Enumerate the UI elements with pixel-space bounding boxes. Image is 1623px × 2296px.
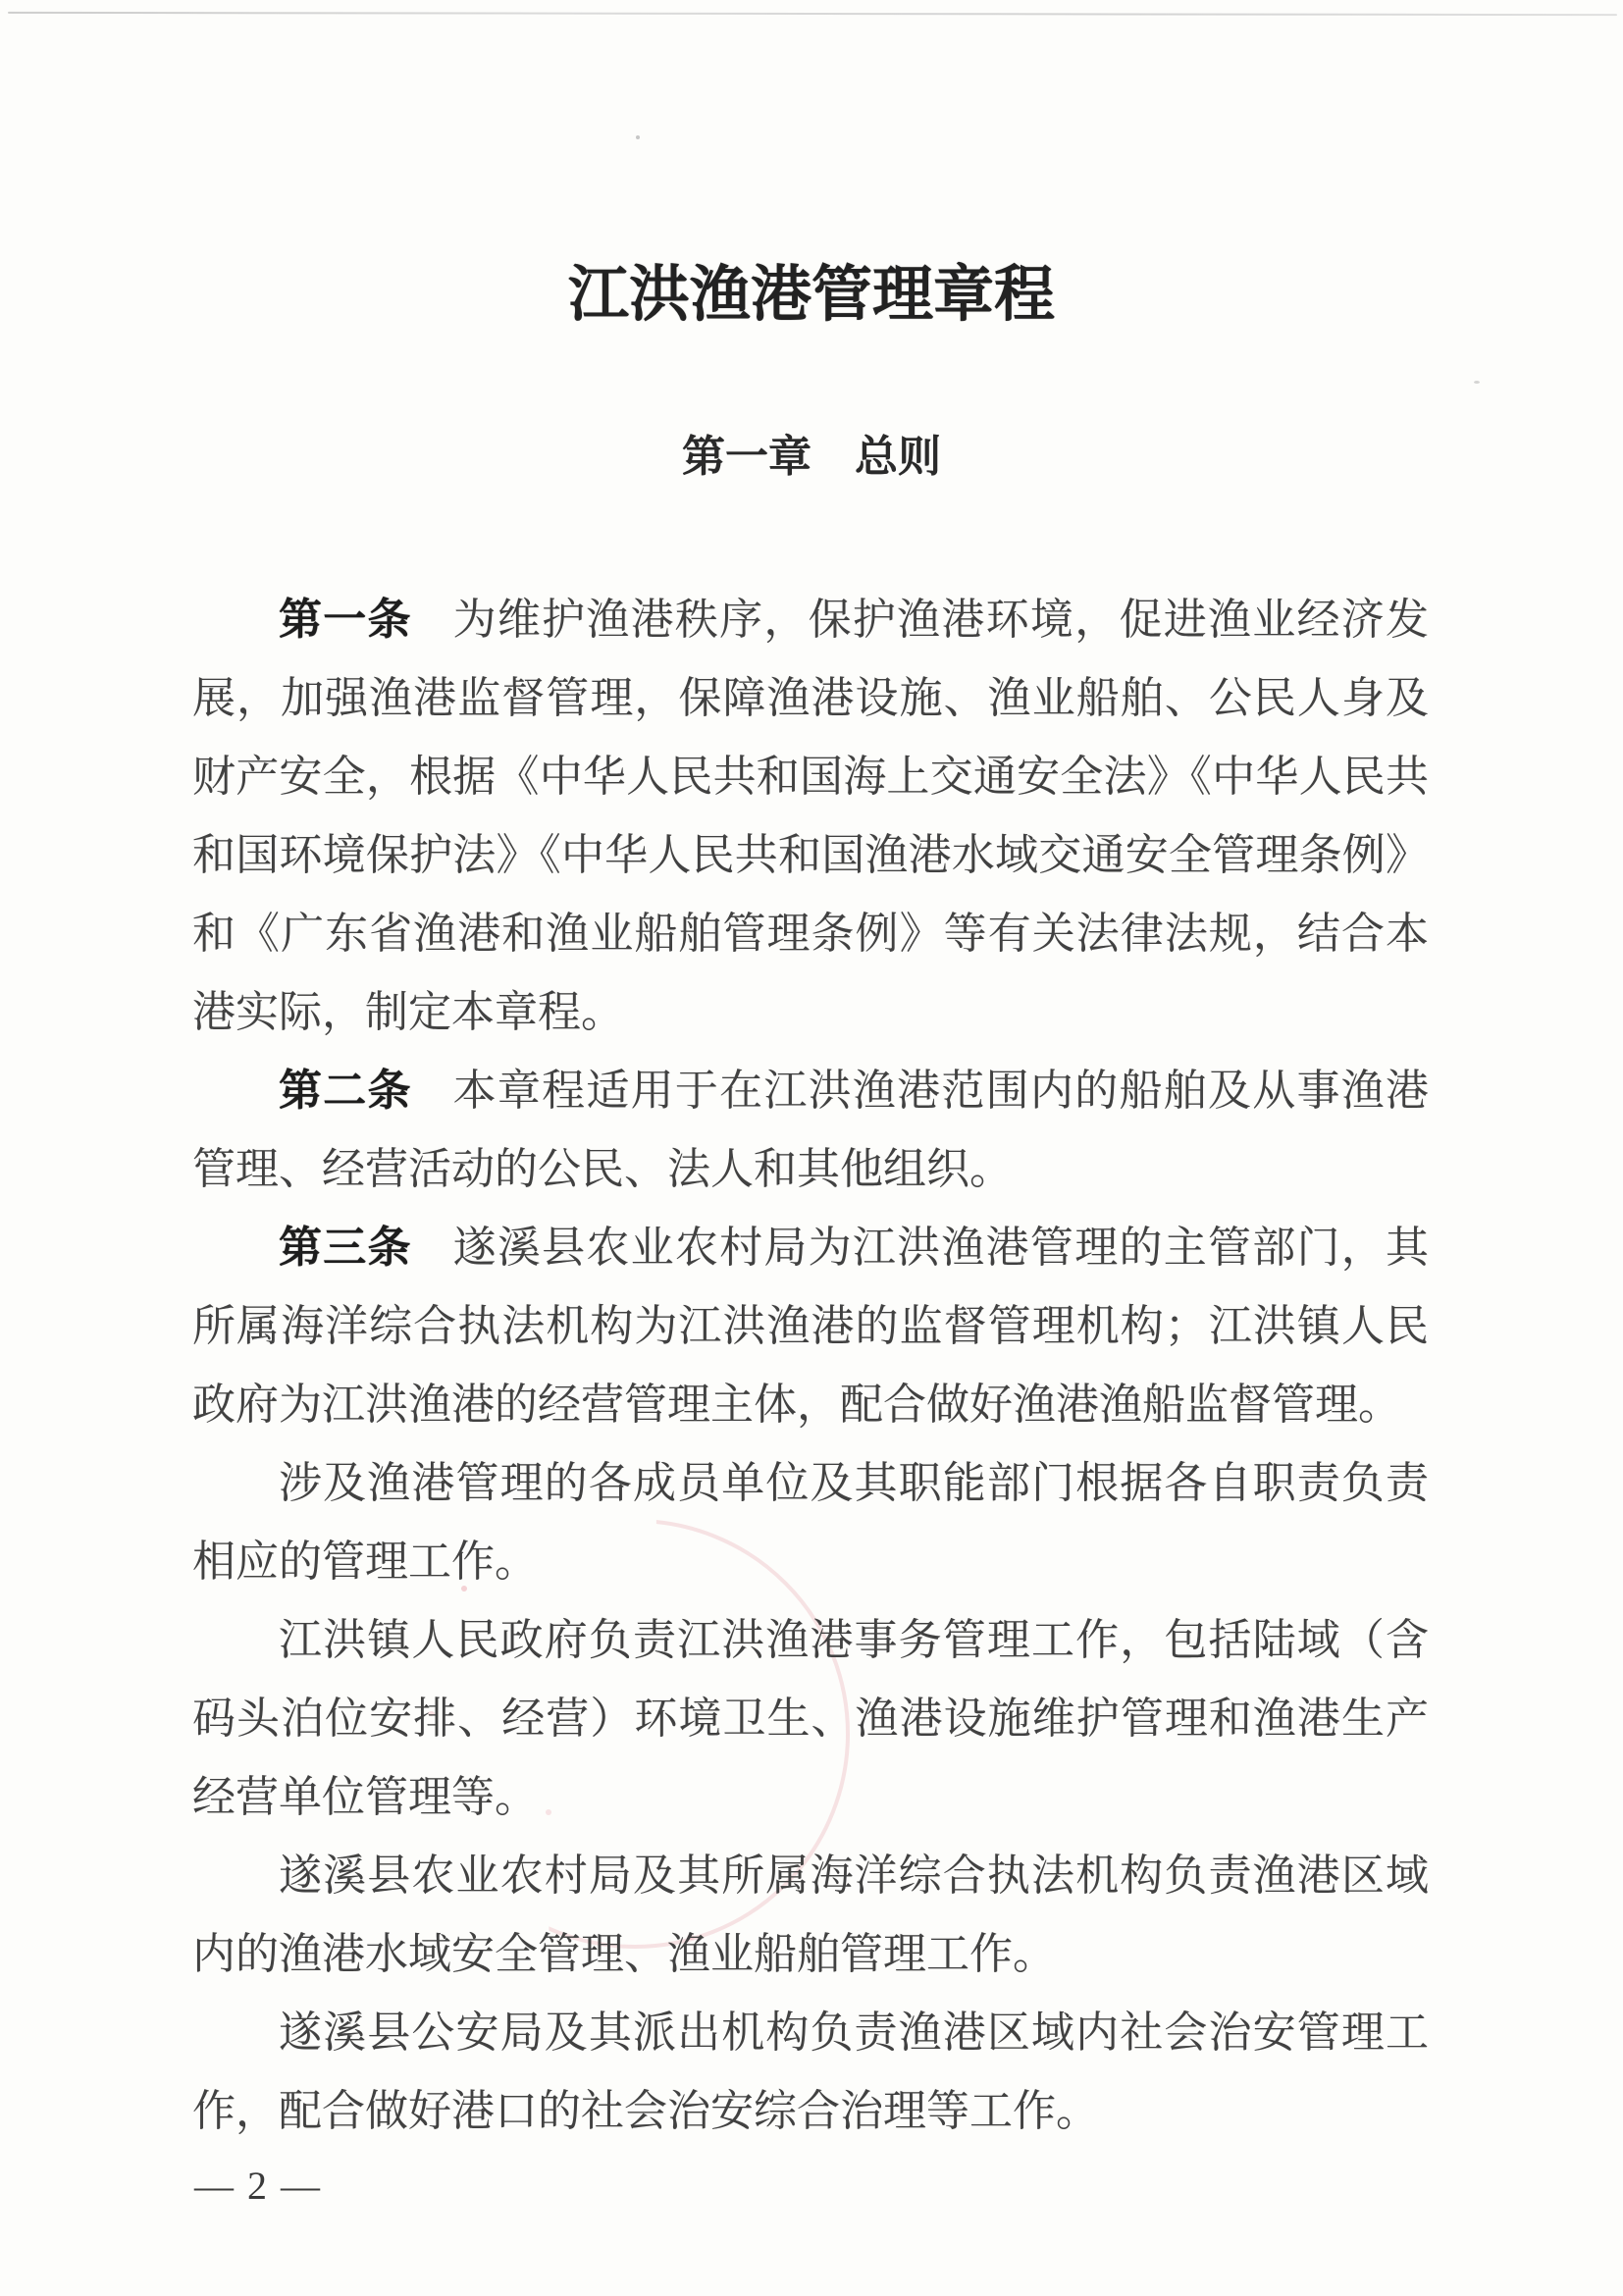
paragraph-text: 遂溪县公安局及其派出机构负责渔港区域内社会治安管理工作，配合做好港口的社会治安综… [192,2009,1429,2135]
paragraph-text: 涉及渔港管理的各成员单位及其职能部门根据各自职责负责相应的管理工作。 [192,1459,1429,1586]
article-number-label: 第二条 [279,1067,412,1115]
scan-speck [1474,381,1480,384]
paragraph-text: 为维护渔港秩序，保护渔港环境，促进渔业经济发展，加强渔港监督管理，保障渔港设施、… [192,596,1429,1036]
body-paragraph: 第三条遂溪县农业农村局为江洪渔港管理的主管部门，其所属海洋综合执法机构为江洪渔港… [192,1209,1429,1444]
body-paragraph: 遂溪县农业农村局及其所属海洋综合执法机构负责渔港区域内的渔港水域安全管理、渔业船… [192,1837,1429,1994]
paragraph-text: 遂溪县农业农村局及其所属海洋综合执法机构负责渔港区域内的渔港水域安全管理、渔业船… [192,1852,1429,1978]
scan-artifact-line [8,12,1617,16]
article-number-label: 第一条 [279,596,412,644]
body-paragraph: 第二条本章程适用于在江洪渔港范围内的船舶及从事渔港管理、经营活动的公民、法人和其… [192,1052,1429,1209]
document-title: 江洪渔港管理章程 [0,261,1623,330]
body-paragraph: 第一条为维护渔港秩序，保护渔港环境，促进渔业经济发展，加强渔港监督管理，保障渔港… [192,581,1429,1052]
scan-speck [636,135,640,139]
body-paragraph: 遂溪县公安局及其派出机构负责渔港区域内社会治安管理工作，配合做好港口的社会治安综… [192,1994,1429,2151]
document-body: 第一条为维护渔港秩序，保护渔港环境，促进渔业经济发展，加强渔港监督管理，保障渔港… [192,581,1429,2151]
paragraph-text: 江洪镇人民政府负责江洪渔港事务管理工作，包括陆域（含码头泊位安排、经营）环境卫生… [192,1616,1429,1821]
body-paragraph: 涉及渔港管理的各成员单位及其职能部门根据各自职责负责相应的管理工作。 [192,1444,1429,1601]
scanned-document-page: 江洪渔港管理章程 第一章 总则 第一条为维护渔港秩序，保护渔港环境，促进渔业经济… [0,0,1623,2296]
body-paragraph: 江洪镇人民政府负责江洪渔港事务管理工作，包括陆域（含码头泊位安排、经营）环境卫生… [192,1601,1429,1837]
chapter-heading: 第一章 总则 [0,434,1623,481]
page-number: — 2 — [194,2165,322,2208]
article-number-label: 第三条 [279,1224,412,1272]
